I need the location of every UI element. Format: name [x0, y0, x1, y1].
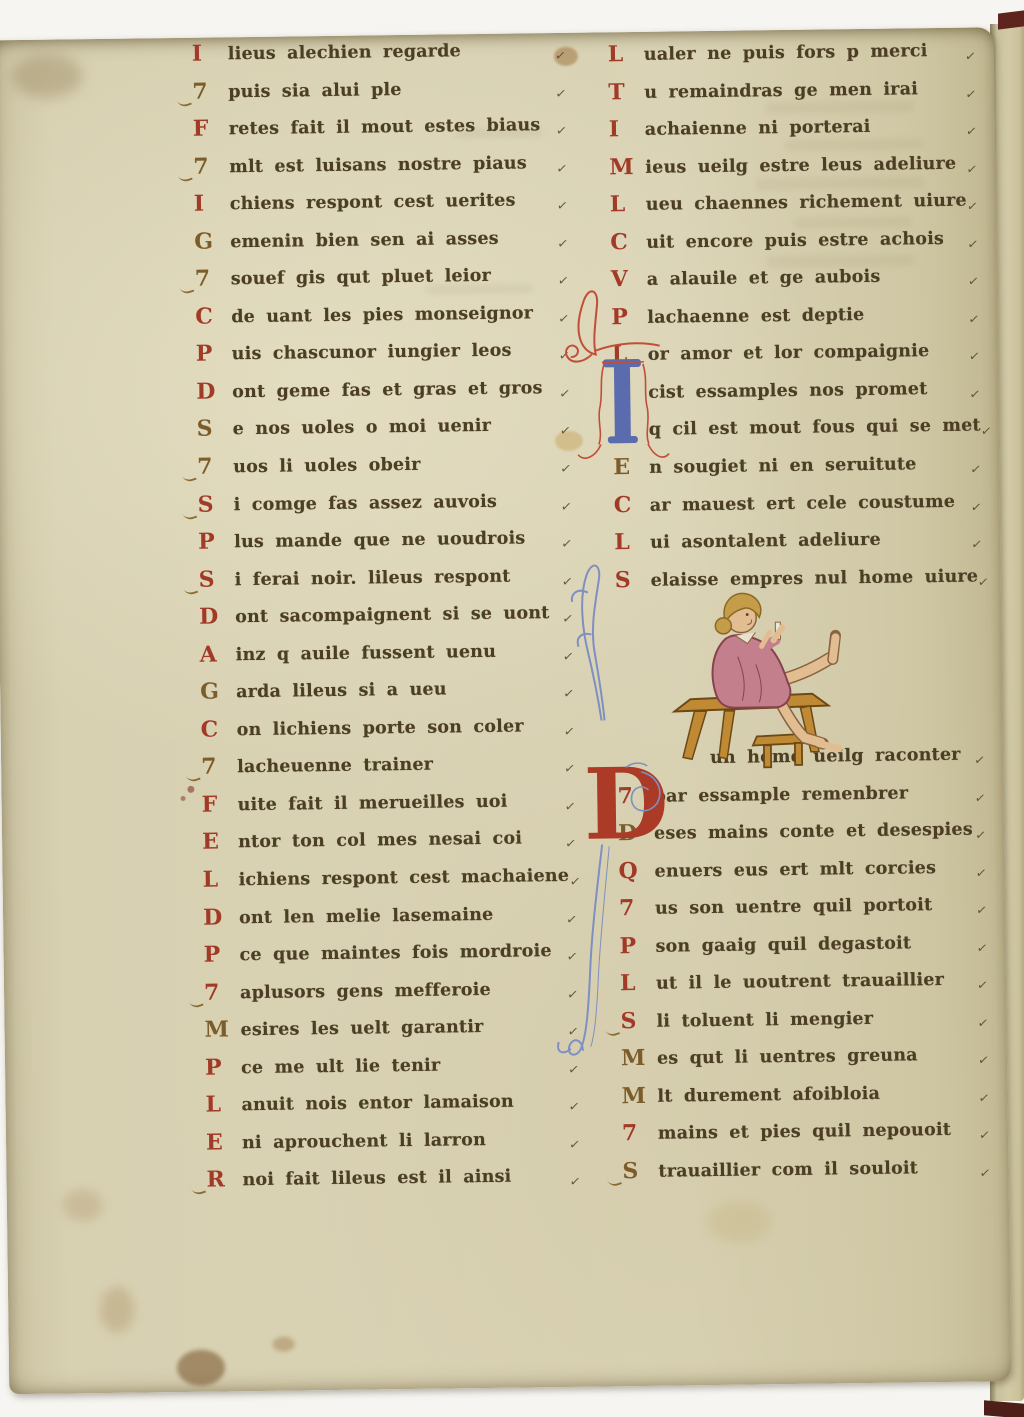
line-check-mark: ✓	[556, 198, 569, 214]
verse-initial: S	[197, 418, 227, 440]
verse-initial: L	[202, 868, 232, 890]
verse-line: P lus mande que ne uoudrois ✓	[200, 526, 572, 568]
verse-line: 7 puis sia alui ple ✓	[194, 75, 566, 117]
verse-initial: 7	[197, 455, 227, 477]
verse-text: emenin bien sen ai asses	[230, 227, 499, 252]
line-check-mark: ✓	[970, 499, 983, 515]
verse-line: 7 uos li uoles obeir ✓	[199, 451, 571, 493]
verse-text: ut il le uoutrent trauaillier	[656, 968, 944, 993]
verse-text: aplusors gens mefferoie	[240, 978, 491, 1003]
verse-line: P lachaenne est deptie ✓	[613, 301, 979, 343]
verse-line: C on lichiens porte son coler ✓	[203, 714, 575, 756]
verse-initial: M	[204, 1019, 234, 1041]
verse-initial: S	[199, 568, 229, 590]
verse-line: 7 souef gis qut pluet leior ✓	[197, 263, 569, 305]
line-check-mark: ✓	[557, 236, 570, 252]
line-check-mark: ✓	[561, 574, 574, 590]
verse-initial: P	[196, 343, 226, 365]
verse-initial: C	[195, 305, 225, 327]
line-check-mark: ✓	[978, 1091, 991, 1107]
verse-initial: 7	[201, 756, 231, 778]
verse-line: F uite fait il merueilles uoi ✓	[203, 789, 575, 831]
verse-text: esires les uelt garantir	[240, 1015, 483, 1040]
verse-initial: L	[205, 1094, 235, 1116]
line-check-mark: ✓	[567, 1062, 580, 1078]
line-check-mark: ✓	[973, 753, 986, 769]
initial-swash	[177, 169, 193, 184]
stain	[273, 1337, 295, 1352]
verse-initial: G	[200, 681, 230, 703]
verse-text: ce que maintes fois mordroie	[239, 939, 551, 965]
verse-initial: L	[612, 343, 642, 365]
parchment-page: I lieus alechien regarde ✓ 7 puis sia al…	[0, 27, 1011, 1394]
verse-line: C ar mauest ert cele coustume ✓	[616, 489, 982, 531]
verse-text: trauaillier com il souloit	[658, 1156, 918, 1181]
verse-text: i comge fas assez auvois	[234, 489, 498, 514]
line-check-mark: ✓	[976, 941, 989, 957]
verse-line: D ont geme fas et gras et gros ✓	[198, 376, 570, 418]
stain	[100, 1287, 135, 1333]
verse-line: P ce me ult lie tenir ✓	[207, 1052, 579, 1094]
verse-text: a alauile et ge aubois	[647, 265, 881, 290]
verse-line: S i comge fas assez auvois ✓	[200, 488, 572, 530]
verse-text: un home ueilg raconter	[653, 743, 961, 769]
line-check-mark: ✓	[976, 978, 989, 994]
line-check-mark: ✓	[965, 86, 978, 102]
verse-line: F retes fait il mout estes biaus ✓	[195, 113, 567, 155]
verse-text: lus mande que ne uoudrois	[234, 527, 526, 552]
verse-text: ce me ult lie tenir	[241, 1053, 441, 1077]
verse-line: M es qut li uentres greuna ✓	[623, 1043, 989, 1085]
verse-initial: C	[201, 718, 231, 740]
verse-text: on lichiens porte son coler	[237, 714, 524, 739]
line-check-mark: ✓	[566, 949, 579, 965]
verse-text: ont len melie lasemaine	[239, 902, 494, 927]
verse-text: achaienne ni porterai	[645, 115, 871, 139]
stain	[181, 796, 186, 801]
verse-text: mlt est luisans nostre piaus	[229, 151, 527, 176]
verse-initial: 7	[195, 268, 225, 290]
verse-line: C de uant les pies monseignor ✓	[197, 301, 569, 343]
verse-line: M lt durement afoibloia ✓	[623, 1080, 989, 1122]
verse-line: M esires les uelt garantir ✓	[206, 1014, 578, 1056]
stain	[12, 53, 83, 98]
verse-initial: D	[199, 606, 229, 628]
verse-line: M ieus ueilg estre leus adeliure ✓	[611, 151, 977, 193]
line-check-mark: ✓	[970, 462, 983, 478]
initial-swash	[181, 507, 197, 522]
verse-initial: L	[620, 972, 650, 994]
verse-text: us son uentre quil portoit	[655, 893, 933, 918]
line-check-mark: ✓	[565, 912, 578, 928]
verse-initial: P	[611, 306, 641, 328]
line-check-mark: ✓	[964, 49, 977, 65]
verse-initial: A	[200, 643, 230, 665]
verse-initial: L	[614, 531, 644, 553]
verse-text: u remaindras ge men irai	[644, 77, 918, 102]
verse-text: noi fait lileus est il ainsi	[242, 1165, 511, 1190]
verse-text: q cil est mout fous qui se met	[649, 414, 981, 440]
verse-line: A inz q auile fussent uenu ✓	[202, 639, 574, 681]
line-check-mark: ✓	[562, 687, 575, 703]
verse-line: C uit encore puis estre achois ✓	[612, 226, 978, 268]
line-check-mark: ✓	[567, 1024, 580, 1040]
verse-line: E n sougiet ni en seruitute ✓	[615, 451, 981, 493]
line-check-mark: ✓	[978, 1128, 991, 1144]
verse-initial: C	[610, 231, 640, 253]
legs-and-feet	[771, 635, 838, 749]
verse-text: eses mains conte et desespies	[654, 818, 973, 844]
verse-initial: M	[609, 156, 639, 178]
verse-text: arda lileus si a ueu	[236, 678, 447, 702]
manuscript-photo: { "manuscript": { "description": "Mediev…	[0, 0, 1024, 1417]
blue-flourish-upper	[571, 565, 604, 720]
verse-text: lt durement afoibloia	[657, 1082, 880, 1106]
verse-initial: E	[613, 456, 643, 478]
verse-text: ualer ne puis fors p merci	[644, 39, 928, 64]
verse-initial: G	[194, 230, 224, 252]
verse-initial: D	[618, 822, 648, 844]
verse-initial: S	[622, 1160, 652, 1182]
eye	[746, 613, 749, 616]
line-check-mark: ✓	[968, 312, 981, 328]
verse-line: 7 par essample remenbrer ✓	[619, 780, 985, 822]
verse-text: enuers eus ert mlt corcies	[654, 856, 936, 881]
verse-line: P uis chascunor iungier leos ✓	[198, 338, 570, 380]
verse-line: cist essamples nos promet ✓	[614, 376, 980, 418]
verse-line: L ueu chaennes richement uiure ✓	[612, 189, 978, 231]
verse-initial: 7	[193, 155, 223, 177]
line-check-mark: ✓	[566, 987, 579, 1003]
verse-line: S i ferai noir. lileus respont ✓	[201, 563, 573, 605]
verse-text: puis sia alui ple	[228, 78, 402, 102]
verse-text: ntor ton col mes nesai coi	[238, 827, 522, 852]
verse-line: S elaisse empres nul home uiure ✓	[617, 564, 983, 606]
line-check-mark: ✓	[967, 274, 980, 290]
verse-line: 7 aplusors gens mefferoie ✓	[206, 976, 578, 1018]
verse-initial: T	[608, 80, 638, 102]
line-check-mark: ✓	[974, 790, 987, 806]
line-check-mark: ✓	[563, 724, 576, 740]
line-check-mark: ✓	[969, 387, 982, 403]
verse-line: q cil est mout fous qui se met ✓	[615, 414, 981, 456]
arms-and-hands	[749, 622, 782, 660]
line-check-mark: ✓	[569, 1175, 582, 1191]
line-check-mark: ✓	[568, 1137, 581, 1153]
verse-initial: P	[198, 530, 228, 552]
initial-swash	[185, 769, 201, 784]
verse-line: S e nos uoles o moi uenir ✓	[199, 413, 571, 455]
verse-initial: D	[203, 906, 233, 928]
verse-initial: 7	[204, 981, 234, 1003]
verse-line: E ntor ton col mes nesai coi ✓	[204, 826, 576, 868]
line-check-mark: ✓	[970, 537, 983, 553]
verse-initial: E	[206, 1131, 236, 1153]
line-check-mark: ✓	[557, 311, 570, 327]
binding-edge-top-icon	[998, 10, 1024, 29]
line-check-mark: ✓	[564, 837, 577, 853]
line-check-mark: ✓	[559, 424, 572, 440]
line-check-mark: ✓	[975, 903, 988, 919]
verse-initial: C	[614, 493, 644, 515]
line-check-mark: ✓	[562, 649, 575, 665]
verse-initial: I	[609, 118, 639, 140]
verse-line: L ualer ne puis fors p merci ✓	[610, 39, 976, 81]
stain	[177, 1349, 225, 1386]
verse-text: ont sacompaignent si se uont	[235, 601, 550, 627]
verse-text: anuit nois entor lamaison	[241, 1090, 514, 1115]
verse-line: 7 us son uentre quil portoit ✓	[621, 893, 987, 935]
verse-initial: D	[196, 380, 226, 402]
verse-initial: 7	[617, 784, 647, 806]
line-check-mark: ✓	[980, 424, 993, 440]
verse-text: par essample remenbrer	[653, 781, 908, 806]
verse-text: ichiens respont cest machaiene	[238, 864, 569, 890]
verse-text: ar mauest ert cele coustume	[650, 489, 956, 514]
line-check-mark: ✓	[977, 574, 990, 590]
verse-initial: Q	[618, 860, 648, 882]
initial-swash	[606, 1174, 622, 1189]
verse-text: es qut li uentres greuna	[657, 1044, 918, 1069]
verse-line: I lieus alechien regarde ✓	[194, 38, 566, 80]
verse-initial: S	[198, 493, 228, 515]
verse-line: S li toluent li mengier ✓	[622, 1005, 988, 1047]
verse-initial: R	[206, 1169, 236, 1191]
verse-text: ieus ueilg estre leus adeliure	[645, 151, 956, 177]
verse-line: Q enuers eus ert mlt corcies ✓	[620, 855, 986, 897]
verse-text: ueu chaennes richement uiure	[646, 189, 967, 215]
line-check-mark: ✓	[967, 237, 980, 253]
line-check-mark: ✓	[568, 1100, 581, 1116]
verse-line: P son gaaig quil degastoit ✓	[621, 930, 987, 972]
line-check-mark: ✓	[560, 536, 573, 552]
line-check-mark: ✓	[966, 162, 979, 178]
verse-text: retes fait il mout estes biaus	[229, 113, 541, 139]
verse-text: cist essamples nos promet	[648, 377, 927, 402]
verse-line: R noi fait lileus est il ainsi ✓	[208, 1164, 580, 1206]
verse-text: ni aprouchent li larron	[242, 1128, 486, 1153]
verse-initial: M	[621, 1085, 651, 1107]
verse-initial: S	[620, 1010, 650, 1032]
verse-line: L ut il le uoutrent trauaillier ✓	[622, 968, 988, 1010]
line-check-mark: ✓	[975, 866, 988, 882]
verse-line: V a alauile et ge aubois ✓	[613, 264, 979, 306]
verse-initial: 7	[622, 1122, 652, 1144]
verse-initial: V	[611, 268, 641, 290]
verse-line: un home ueilg raconter ✓	[619, 742, 985, 784]
verse-text: li toluent li mengier	[656, 1007, 873, 1031]
line-check-mark: ✓	[559, 461, 572, 477]
line-check-mark: ✓	[979, 1166, 992, 1182]
verse-line: L anuit nois entor lamaison ✓	[207, 1089, 579, 1131]
verse-initial: S	[615, 569, 645, 591]
initial-swash	[182, 582, 198, 597]
hair-bun	[715, 618, 731, 634]
verse-line: E ni aprouchent li larron ✓	[208, 1127, 580, 1169]
initial-swash	[604, 1023, 620, 1038]
verse-line: D eses mains conte et desespies ✓	[620, 818, 986, 860]
left-text-column: I lieus alechien regarde ✓ 7 puis sia al…	[194, 38, 581, 1207]
verse-text: son gaaig quil degastoit	[655, 931, 911, 956]
verse-line: 7 lacheuenne trainer ✓	[203, 751, 575, 793]
verse-text: uos li uoles obeir	[233, 453, 421, 477]
line-check-mark: ✓	[563, 762, 576, 778]
verse-text: chiens respont cest uerites	[230, 189, 516, 214]
verse-line: P ce que maintes fois mordroie ✓	[205, 939, 577, 981]
verse-line: 7 mlt est luisans nostre piaus ✓	[195, 151, 567, 193]
verse-text: ont geme fas et gras et gros	[232, 376, 543, 402]
line-check-mark: ✓	[974, 828, 987, 844]
tunic	[712, 635, 790, 708]
stain	[187, 786, 194, 793]
verse-initial: E	[202, 831, 232, 853]
verse-text: i ferai noir. lileus respont	[235, 564, 511, 589]
initial-swash	[181, 469, 197, 484]
verse-initial: F	[193, 117, 223, 139]
verse-text: uite fait il merueilles uoi	[237, 790, 507, 815]
right-text-column-lower: un home ueilg raconter ✓ 7 par essample …	[619, 742, 991, 1197]
verse-line: D ont sacompaignent si se uont ✓	[201, 601, 573, 643]
collar	[735, 632, 755, 643]
verse-text: or amor et lor compaignie	[648, 340, 930, 365]
line-check-mark: ✓	[555, 86, 568, 102]
verse-line: L ichiens respont cest machaiene ✓	[204, 864, 576, 906]
verse-line: 7 mains et pies quil nepouoit ✓	[624, 1118, 990, 1160]
verse-line: G arda lileus si a ueu ✓	[202, 676, 574, 718]
verse-text: ui asontalent adeliure	[650, 528, 881, 553]
verse-line: G emenin bien sen ai asses ✓	[196, 226, 568, 268]
line-check-mark: ✓	[966, 199, 979, 215]
verse-line: D ont len melie lasemaine ✓	[205, 901, 577, 943]
verse-text: lacheuenne trainer	[237, 753, 433, 777]
verse-initial: P	[205, 1056, 235, 1078]
line-check-mark: ✓	[555, 123, 568, 139]
line-check-mark: ✓	[968, 349, 981, 365]
verse-initial: F	[201, 793, 231, 815]
line-check-mark: ✓	[554, 48, 567, 64]
verse-initial: M	[621, 1047, 651, 1069]
verse-initial: I	[192, 42, 222, 64]
verse-line: L or amor et lor compaignie ✓	[614, 339, 980, 381]
line-check-mark: ✓	[564, 799, 577, 815]
verse-initial: P	[619, 935, 649, 957]
initial-swash	[188, 995, 204, 1010]
line-check-mark: ✓	[561, 611, 574, 627]
verse-initial: 7	[619, 897, 649, 919]
verse-line: I chiens respont cest uerites ✓	[196, 188, 568, 230]
verse-initial: I	[194, 193, 224, 215]
line-check-mark: ✓	[568, 874, 581, 890]
verse-text: inz q auile fussent uenu	[236, 640, 497, 665]
initial-swash	[176, 94, 192, 109]
verse-initial: P	[203, 943, 233, 965]
binding-edge-bottom-icon	[984, 1400, 1024, 1417]
verse-text: lieus alechien regarde	[228, 39, 461, 64]
verse-text: mains et pies quil nepouoit	[658, 1118, 951, 1143]
right-text-column-upper: L ualer ne puis fors p merci ✓ T u remai…	[610, 39, 983, 607]
verse-text: uis chascunor iungier leos	[232, 339, 512, 364]
line-check-mark: ✓	[560, 499, 573, 515]
line-check-mark: ✓	[557, 274, 570, 290]
verse-text: de uant les pies monseignor	[231, 301, 533, 326]
line-check-mark: ✓	[556, 161, 569, 177]
verse-text: uit encore puis estre achois	[646, 227, 944, 252]
verse-text: n sougiet ni en seruitute	[649, 452, 917, 477]
verse-text: elaisse empres nul home uiure	[651, 564, 979, 590]
line-check-mark: ✓	[977, 1053, 990, 1069]
mouth	[747, 619, 751, 624]
verse-initial: L	[608, 43, 638, 65]
verse-text: lachaenne est deptie	[647, 303, 864, 327]
verse-line: T u remaindras ge men irai ✓	[610, 76, 976, 118]
verse-line: S trauaillier com il souloit ✓	[624, 1155, 990, 1197]
verse-line: L ui asontalent adeliure ✓	[616, 527, 982, 569]
verse-initial: 7	[192, 80, 222, 102]
verse-text: souef gis qut pluet leior	[231, 264, 491, 289]
initial-swash	[178, 281, 194, 296]
verse-text: e nos uoles o moi uenir	[233, 414, 492, 439]
stain	[707, 1200, 772, 1243]
verse-initial: L	[610, 193, 640, 215]
stain	[63, 1189, 103, 1222]
line-check-mark: ✓	[558, 386, 571, 402]
line-check-mark: ✓	[977, 1016, 990, 1032]
verse-line: I achaienne ni porterai ✓	[611, 114, 977, 156]
initial-swash	[190, 1182, 206, 1197]
line-check-mark: ✓	[558, 349, 571, 365]
line-check-mark: ✓	[965, 124, 978, 140]
